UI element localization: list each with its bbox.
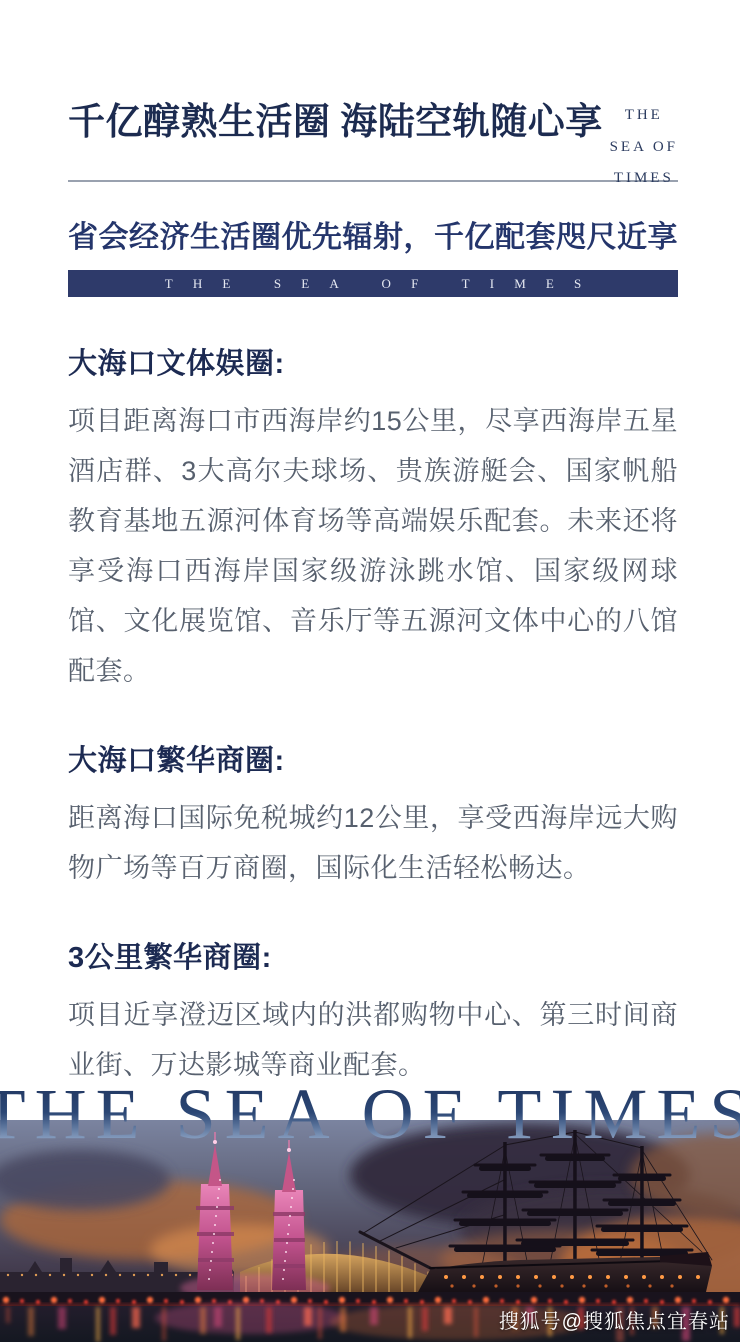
section-culture: 大海口文体娱圈: 项目距离海口市西海岸约15公里，尽享西海岸五星酒店群、3大高尔…	[68, 347, 678, 696]
brand-line-1: THE	[610, 100, 678, 132]
watermark: 搜狐号@搜狐焦点宜春站	[499, 1305, 730, 1334]
page-title: 千亿醇熟生活圈 海陆空轨随心享	[68, 100, 678, 146]
content-sections: 大海口文体娱圈: 项目距离海口市西海岸约15公里，尽享西海岸五星酒店群、3大高尔…	[0, 347, 740, 1089]
section-body: 距离海口国际免税城约12公里，享受西海岸远大购物广场等百万商圈，国际化生活轻松畅…	[68, 793, 678, 893]
brand-line-2: SEA OF	[610, 132, 678, 164]
hero-overlay-title: THE SEA OF TIMES	[0, 1078, 740, 1150]
brand-banner-text: THE SEA OF TIMES	[165, 276, 602, 292]
footer-photo-block: THE SEA OF TIMES	[0, 1120, 740, 1342]
divider-line	[68, 180, 678, 182]
section-heading: 3公里繁华商圈:	[68, 941, 678, 976]
brand-logo: THE SEA OF TIMES	[610, 100, 678, 195]
header: 千亿醇熟生活圈 海陆空轨随心享 THE SEA OF TIMES 省会经济生活圈…	[0, 0, 740, 297]
section-heading: 大海口繁华商圈:	[68, 744, 678, 779]
subtitle: 省会经济生活圈优先辐射，千亿配套咫尺近享	[68, 212, 678, 256]
section-body: 项目距离海口市西海岸约15公里，尽享西海岸五星酒店群、3大高尔夫球场、贵族游艇会…	[68, 396, 678, 696]
header-top: 千亿醇熟生活圈 海陆空轨随心享 THE SEA OF TIMES	[68, 100, 678, 146]
brand-line-3: TIMES	[610, 163, 678, 195]
brand-banner: THE SEA OF TIMES	[68, 270, 678, 297]
section-3km-business: 3公里繁华商圈: 项目近享澄迈区域内的洪都购物中心、第三时间商业街、万达影城等商…	[68, 941, 678, 1090]
section-heading: 大海口文体娱圈:	[68, 347, 678, 382]
promo-page: 千亿醇熟生活圈 海陆空轨随心享 THE SEA OF TIMES 省会经济生活圈…	[0, 0, 740, 1342]
section-haikou-business: 大海口繁华商圈: 距离海口国际免税城约12公里，享受西海岸远大购物广场等百万商圈…	[68, 744, 678, 893]
